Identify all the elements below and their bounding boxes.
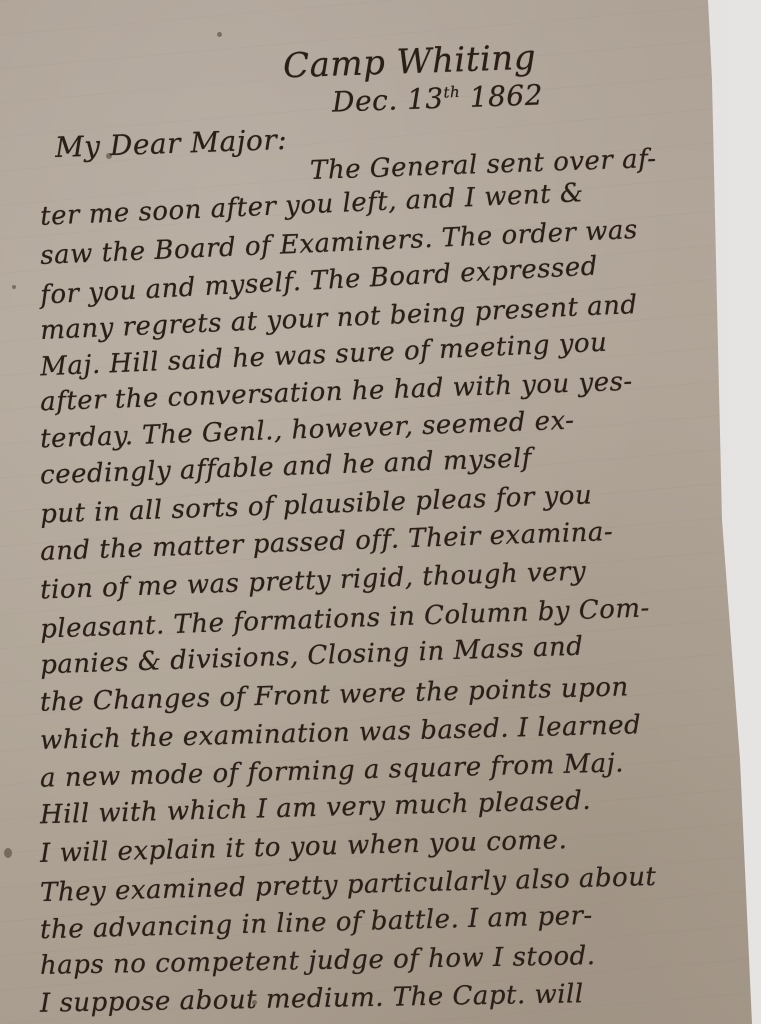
date-ordinal: th [443, 83, 460, 102]
body-line: the advancing in line of battle. I am pe… [40, 901, 593, 945]
letter-page: Camp Whiting Dec. 13th 1862 My Dear Majo… [0, 0, 761, 1024]
date-day: Dec. 13 [331, 82, 444, 119]
body-line: the Changes of Front were the points upo… [40, 672, 629, 717]
body-line: which the examination was based. I learn… [40, 710, 642, 756]
letter-date: Dec. 13th 1862 [331, 78, 543, 118]
salutation: My Dear Major: [54, 123, 287, 164]
photo-scene: Camp Whiting Dec. 13th 1862 My Dear Majo… [0, 0, 761, 1024]
paper-speck [4, 848, 12, 858]
body-line: I will explain it to you when you come. [40, 825, 568, 869]
body-line: Hill with which I am very much pleased. [40, 786, 592, 830]
body-line: haps no competent judge of how I stood. [40, 941, 596, 981]
body-line: The General sent over af- [310, 144, 657, 186]
body-line: I suppose about medium. The Capt. will [40, 979, 584, 1018]
date-year: 1862 [469, 78, 543, 114]
paper-speck [217, 32, 222, 37]
paper-speck [12, 285, 16, 289]
